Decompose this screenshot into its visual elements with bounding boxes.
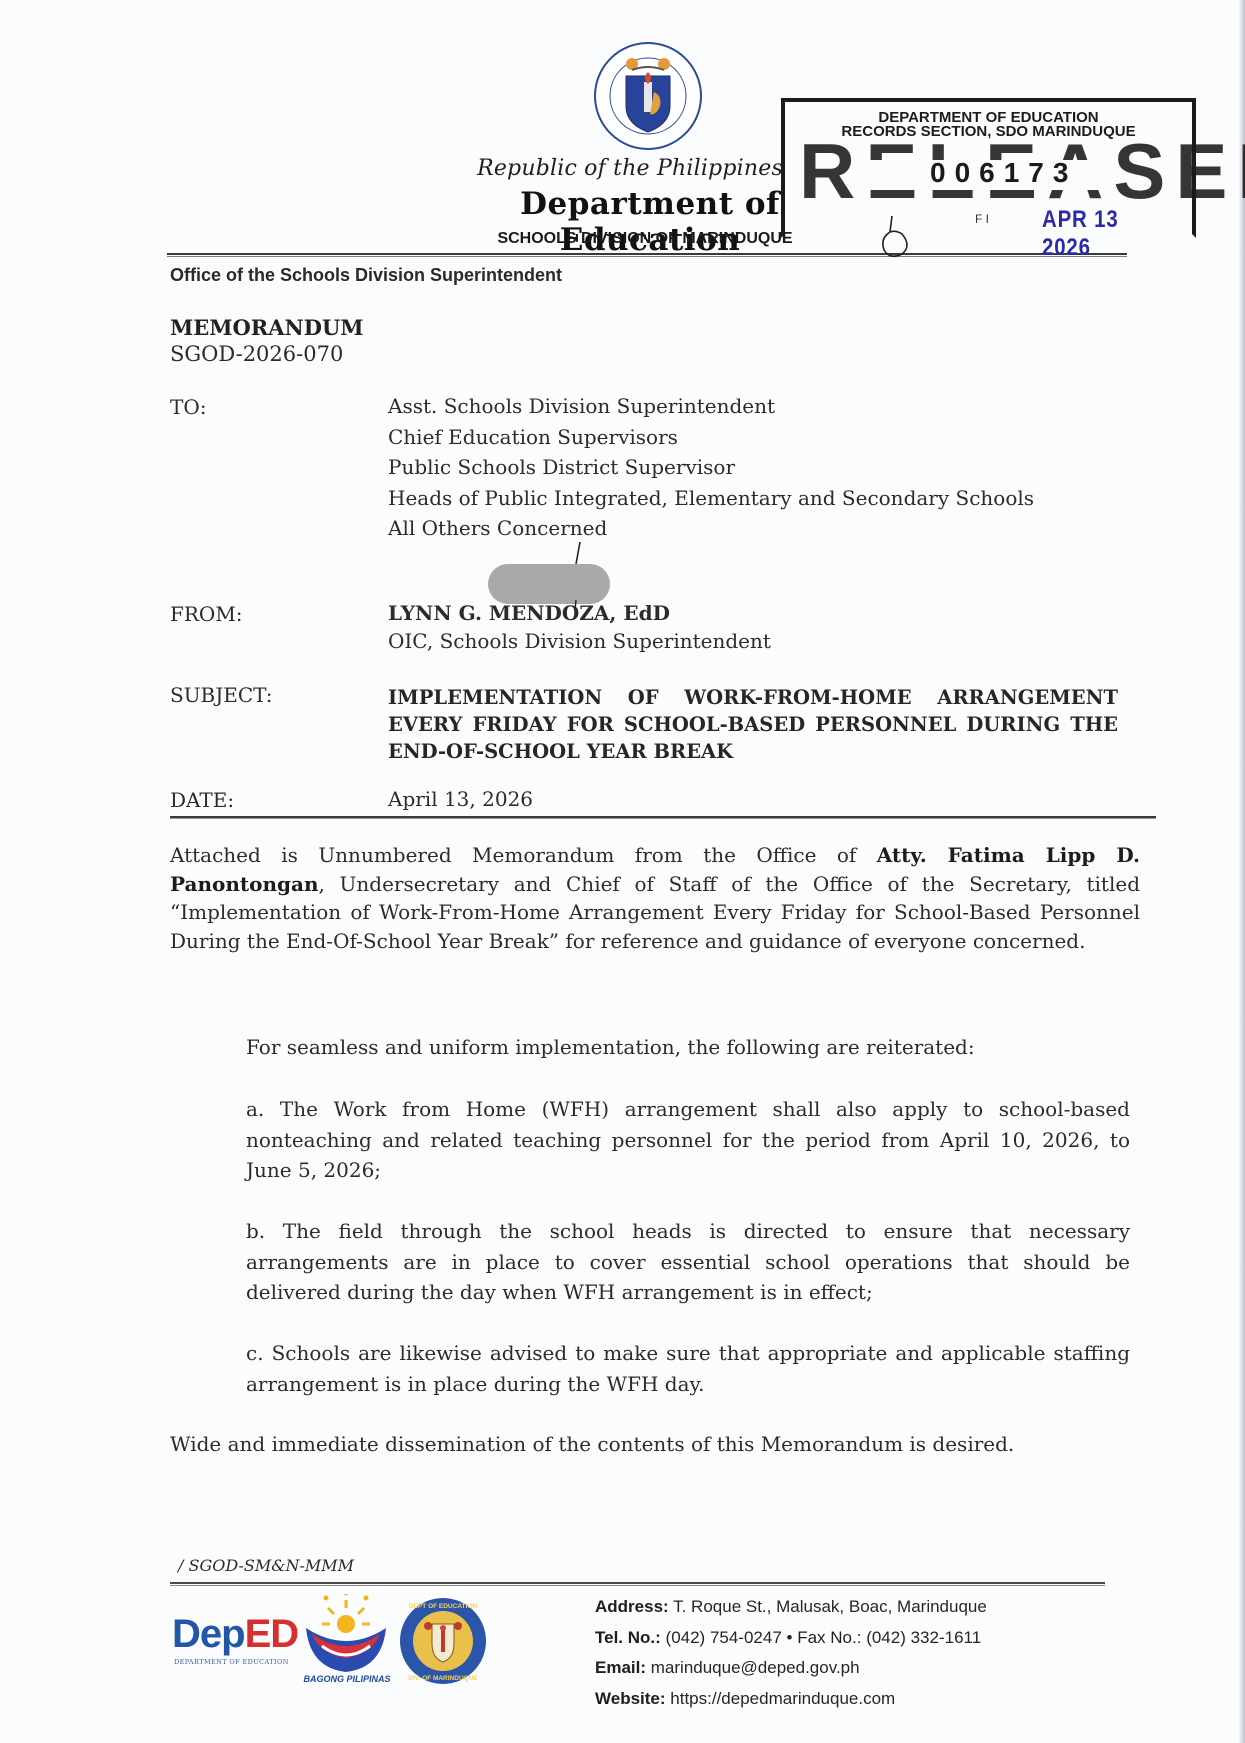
header-divider [167,253,1127,257]
bagong-pilipinas-text: BAGONG PILIPINAS [292,1674,402,1684]
body-paragraph-intro: For seamless and uniform implementation,… [246,1032,1130,1063]
division-heading: SCHOOLS DIVISION OF MARINDUQUE [470,230,820,248]
email-link[interactable]: marinduque@deped.gov.ph [651,1658,860,1677]
header-block-divider [170,816,1156,819]
from-label: FROM: [170,602,243,626]
contact-phone: Tel. No.: (042) 754-0247 • Fax No.: (042… [595,1623,1115,1654]
to-label: TO: [170,395,206,419]
fax-label: Fax No.: [797,1628,861,1647]
body-text: Attached is Unnumbered Memorandum from t… [170,843,877,867]
recipient: Asst. Schools Division Superintendent [388,391,1034,422]
republic-heading: Republic of the Philippines [470,156,790,181]
address-value: T. Roque St., Malusak, Boac, Marinduque [673,1597,987,1616]
address-label: Address: [595,1597,669,1616]
from-title: OIC, Schools Division Superintendent [388,626,771,657]
website-link[interactable]: https://depedmarinduque.com [670,1689,895,1708]
division-seal-icon: DEPT OF EDUCATION DIV. OF MARINDUQUE [398,1596,488,1686]
page-edge [1239,0,1245,1743]
footer-divider [170,1582,1105,1586]
stamp-date: APR 13 2026 [1042,206,1170,262]
list-item-b: b. The field through the school heads is… [246,1216,1130,1308]
stamp-number: 006173 [930,157,1077,189]
deped-logo: DepED DEPARTMENT OF EDUCATION [172,1612,290,1670]
tel-label: Tel. No.: [595,1628,661,1647]
contact-address: Address: T. Roque St., Malusak, Boac, Ma… [595,1592,1115,1623]
deped-seal-icon [592,40,704,152]
email-label: Email: [595,1658,646,1677]
list-item-c: c. Schools are likewise advised to make … [246,1338,1130,1399]
from-block: LYNN G. MENDOZA, EdD OIC, Schools Divisi… [388,598,771,656]
contact-block: Address: T. Roque St., Malusak, Boac, Ma… [595,1592,1115,1714]
memo-number: SGOD-2026-070 [170,342,343,366]
website-label: Website: [595,1689,666,1708]
contact-website: Website: https://depedmarinduque.com [595,1684,1115,1715]
svg-text:DIV. OF MARINDUQUE: DIV. OF MARINDUQUE [408,1675,478,1682]
tel-value: (042) 754-0247 [666,1628,782,1647]
deped-logo-dep: Dep [172,1612,245,1656]
reference-code: / SGOD-SM&N-MMM [178,1556,354,1575]
memo-title: MEMORANDUM [170,315,364,340]
recipient: Chief Education Supervisors [388,422,1034,453]
handwritten-initial-icon [878,212,914,260]
contact-email: Email: marinduque@deped.gov.ph [595,1653,1115,1684]
records-released-stamp: DEPARTMENT OF EDUCATION RECORDS SECTION,… [781,98,1196,238]
body-paragraph-attachment: Attached is Unnumbered Memorandum from t… [170,841,1140,955]
body-paragraph-closing: Wide and immediate dissemination of the … [170,1430,1140,1459]
deped-logo-subtitle: DEPARTMENT OF EDUCATION [174,1658,289,1666]
to-recipients: Asst. Schools Division Superintendent Ch… [388,391,1034,544]
bagong-pilipinas-emblem-icon [298,1594,394,1674]
subject-text: IMPLEMENTATION OF WORK-FROM-HOME ARRANGE… [388,684,1118,765]
office-heading: Office of the Schools Division Superinte… [170,265,562,286]
stamp-mark: F I [975,212,989,226]
date-label: DATE: [170,788,234,812]
memo-date: April 13, 2026 [388,784,533,815]
bagong-pilipinas-logo: BAGONG PILIPINAS [298,1594,394,1686]
recipient: Public Schools District Supervisor [388,452,1034,483]
from-name: LYNN G. MENDOZA, EdD [388,598,771,629]
deped-logo-ed: ED [245,1612,299,1656]
subject-label: SUBJECT: [170,683,273,707]
deped-logo-text: DepED [172,1612,298,1656]
fax-value: (042) 332-1611 [866,1628,981,1647]
svg-text:DEPT OF EDUCATION: DEPT OF EDUCATION [409,1603,477,1610]
list-item-a: a. The Work from Home (WFH) arrangement … [246,1094,1130,1186]
recipient: Heads of Public Integrated, Elementary a… [388,483,1034,514]
recipient: All Others Concerned [388,513,1034,544]
